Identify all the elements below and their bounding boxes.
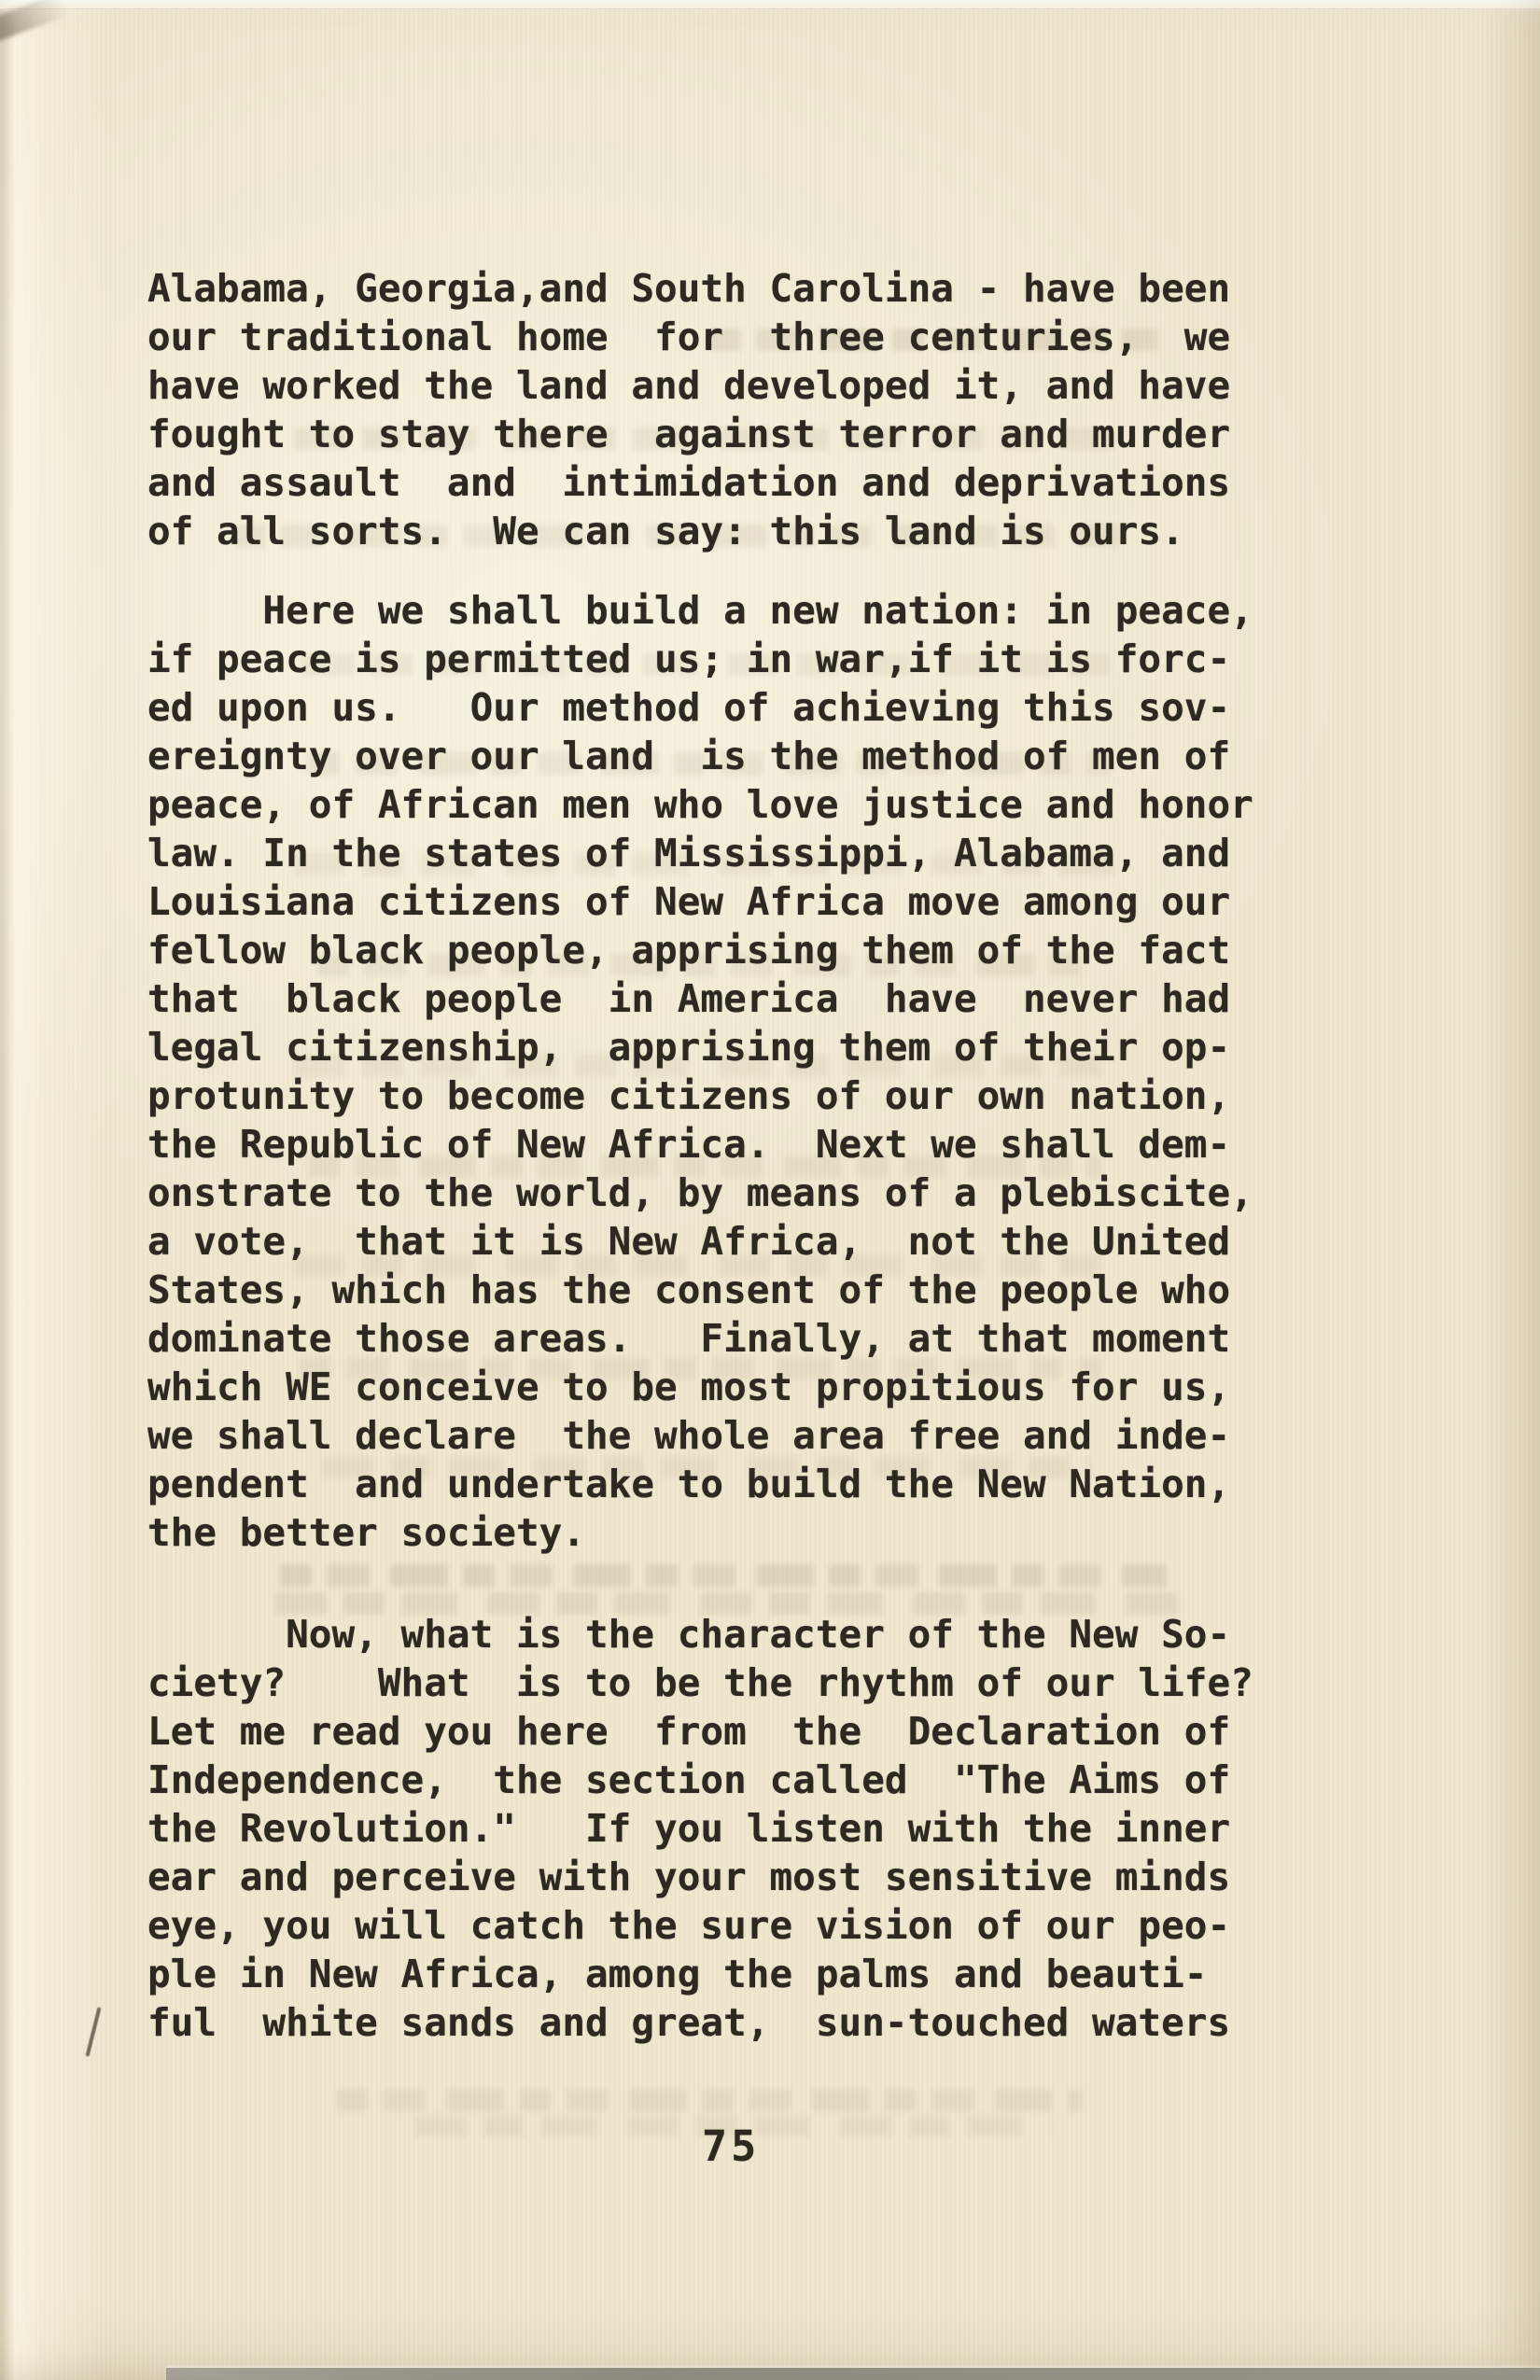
text-line: Here we shall build a new nation: in pea… (147, 586, 1323, 635)
text-line: Louisiana citizens of New Africa move am… (147, 877, 1323, 926)
text-line: law. In the states of Mississippi, Alaba… (147, 829, 1323, 877)
text-line: Now, what is the character of the New So… (147, 1610, 1323, 1659)
bleedthrough-ghost-text (336, 2089, 1083, 2111)
text-line: we shall declare the whole area free and… (147, 1411, 1323, 1460)
text-line: the better society. (147, 1508, 1323, 1557)
paragraph-2: Here we shall build a new nation: in pea… (147, 586, 1323, 1557)
text-line: protunity to become citizens of our own … (147, 1071, 1323, 1120)
scanner-bottom-edge (166, 2368, 1540, 2380)
text-line: of all sorts. We can say: this land is o… (147, 507, 1323, 555)
text-line: a vote, that it is New Africa, not the U… (147, 1217, 1323, 1266)
text-line: dominate those areas. Finally, at that m… (147, 1314, 1323, 1363)
text-line: and assault and intimidation and depriva… (147, 458, 1323, 507)
text-line: ple in New Africa, among the palms and b… (147, 1950, 1323, 1998)
text-line: the Revolution." If you listen with the … (147, 1804, 1323, 1853)
text-line: legal citizenship, apprising them of the… (147, 1023, 1323, 1071)
stray-pen-mark (86, 2007, 102, 2056)
text-line: the Republic of New Africa. Next we shal… (147, 1120, 1323, 1169)
text-line: eye, you will catch the sure vision of o… (147, 1901, 1323, 1950)
text-line: ciety? What is to be the rhythm of our l… (147, 1659, 1323, 1707)
text-line: onstrate to the world, by means of a ple… (147, 1169, 1323, 1217)
text-line: Let me read you here from the Declaratio… (147, 1707, 1323, 1756)
text-line: our traditional home for three centuries… (147, 313, 1323, 361)
text-line: Independence, the section called "The Ai… (147, 1756, 1323, 1804)
text-line: which WE conceive to be most propitious … (147, 1363, 1323, 1411)
paragraph-1: Alabama, Georgia,and South Carolina - ha… (147, 264, 1323, 555)
text-line: ful white sands and great, sun-touched w… (147, 1998, 1323, 2047)
paragraph-3: Now, what is the character of the New So… (147, 1610, 1323, 2047)
text-line: fellow black people, apprising them of t… (147, 926, 1323, 974)
text-line: have worked the land and developed it, a… (147, 361, 1323, 410)
text-line: States, which has the consent of the peo… (147, 1266, 1323, 1314)
text-line: fought to stay there against terror and … (147, 410, 1323, 458)
text-line: ereignty over our land is the method of … (147, 732, 1323, 780)
text-line: pendent and undertake to build the New N… (147, 1460, 1323, 1508)
page-number: 75 (702, 2124, 760, 2169)
text-line: ed upon us. Our method of achieving this… (147, 683, 1323, 732)
page-text: Alabama, Georgia,and South Carolina - ha… (147, 264, 1323, 2047)
text-line: that black people in America have never … (147, 974, 1323, 1023)
text-line: ear and perceive with your most sensitiv… (147, 1853, 1323, 1901)
text-line: peace, of African men who love justice a… (147, 780, 1323, 829)
text-line: Alabama, Georgia,and South Carolina - ha… (147, 264, 1323, 313)
text-line: if peace is permitted us; in war,if it i… (147, 635, 1323, 683)
scanned-page: Alabama, Georgia,and South Carolina - ha… (0, 0, 1540, 2380)
page-top-edge (0, 0, 1540, 9)
